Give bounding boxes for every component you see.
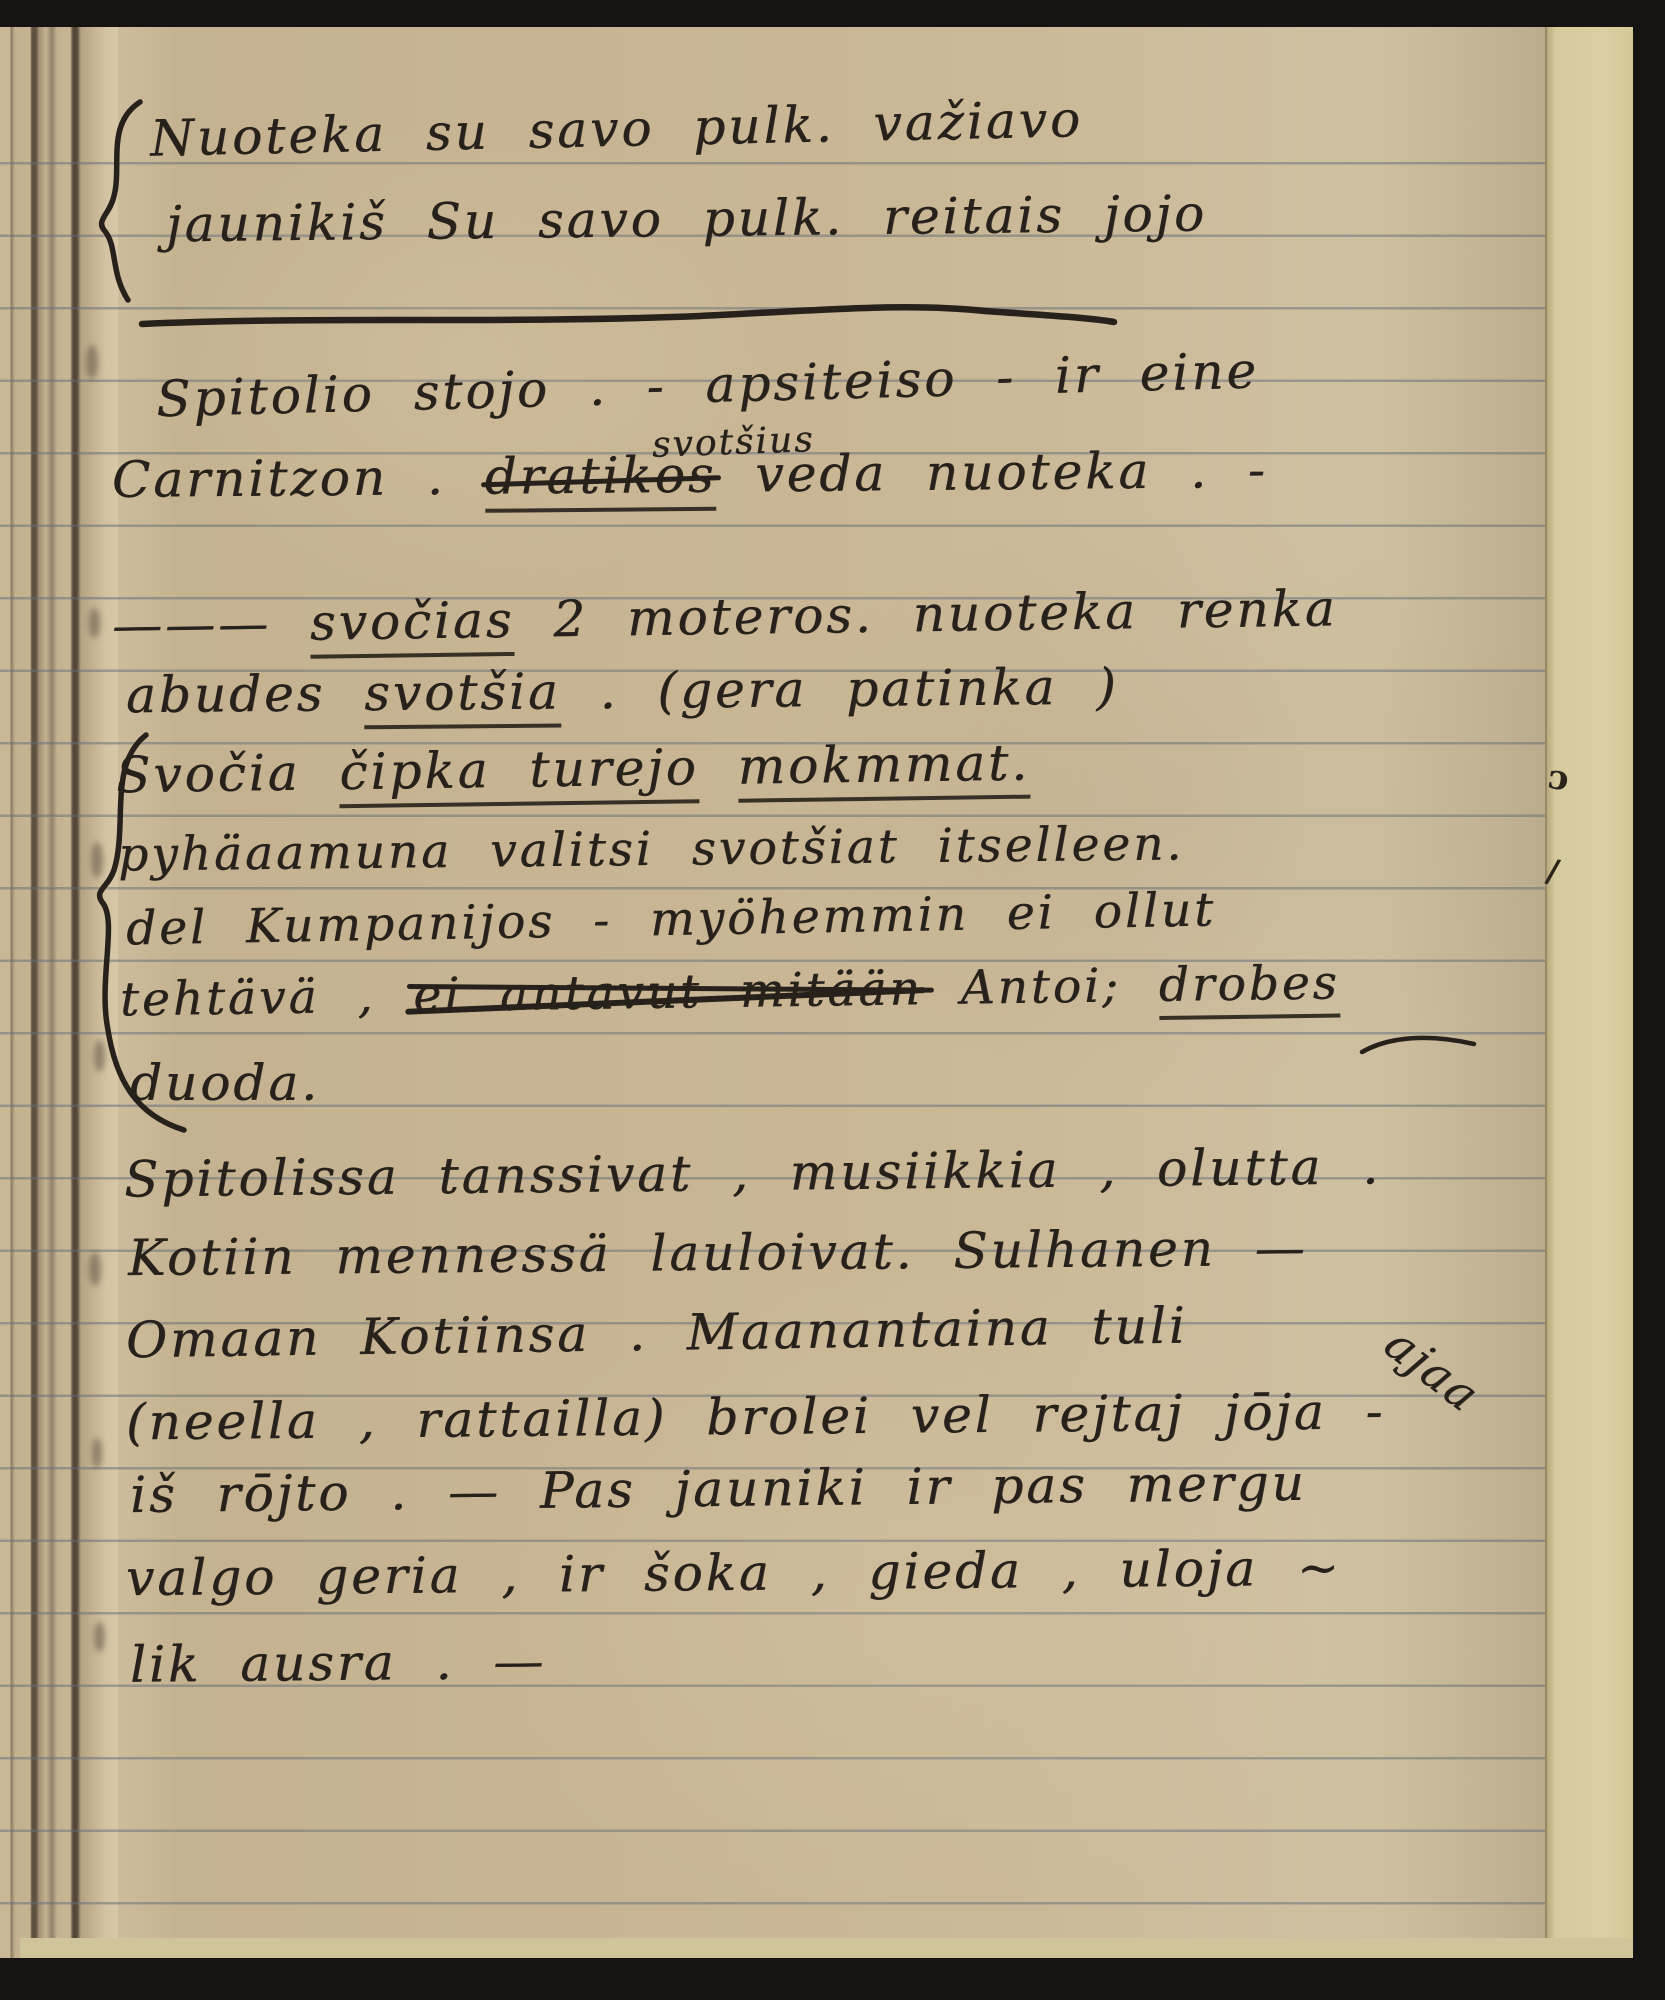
text-segment: (neella , rattailla) brolei vel rejtaj j…	[126, 1383, 1386, 1452]
underline-flourish	[1356, 1028, 1486, 1060]
text-segment	[698, 738, 738, 797]
handwritten-line: iš rōjto . — Pas jauniki ir pas mergu	[130, 1454, 1307, 1524]
text-segment: Antoi;	[922, 958, 1159, 1016]
handwritten-line: pyhäaamuna valitsi svotšiat itselleen.	[118, 816, 1185, 882]
page-bottom-edge	[20, 1938, 1640, 1958]
handwritten-line: valgo geria , ir šoka , gieda , uloja ~	[126, 1539, 1342, 1608]
text-segment: 2 moteros. nuoteka renka	[514, 579, 1338, 648]
marked-text-segment: svotšia	[364, 663, 561, 730]
ink-smudge	[89, 608, 100, 638]
scan-frame-bottom	[0, 1958, 1665, 2000]
scan-frame-top	[0, 0, 1665, 27]
ink-smudge	[86, 345, 98, 379]
text-segment: Carnitzon .	[112, 448, 485, 509]
marked-text-segment: drobes	[1158, 955, 1340, 1020]
handwritten-line: Svočia čipka turejo mokmmat.	[116, 734, 1031, 805]
marked-text-segment: svočias	[310, 591, 515, 659]
text-segment: ———	[112, 594, 311, 655]
ink-smudge	[89, 1252, 101, 1286]
handwritten-line: jaunikiš Su savo pulk. reitais jojo	[166, 185, 1208, 254]
handwritten-line: Kotiin mennessä lauloivat. Sulhanen —	[128, 1219, 1308, 1287]
left-brace-mark	[88, 96, 158, 310]
scan-frame-right	[1633, 0, 1665, 2000]
text-segment: lik ausra . —	[130, 1632, 547, 1694]
inserted-word: svotšius	[651, 419, 815, 469]
text-segment: jaunikiš Su savo pulk. reitais jojo	[166, 185, 1208, 254]
notebook-scan: Nuoteka su savo pulk. važiavojaunikiš Su…	[0, 0, 1665, 2000]
text-segment: Svočia	[116, 743, 340, 804]
handwritten-line: lik ausra . —	[130, 1632, 547, 1694]
text-segment: pyhäaamuna valitsi svotšiat itselleen.	[118, 816, 1185, 882]
ink-smudge	[92, 1438, 102, 1468]
text-segment: valgo geria , ir šoka , gieda , uloja ~	[126, 1539, 1342, 1608]
text-segment: iš rōjto . — Pas jauniki ir pas mergu	[130, 1454, 1307, 1524]
hand-drawn-divider	[140, 296, 1120, 336]
marked-text-segment: mokmmat.	[737, 734, 1030, 803]
text-segment: abudes	[126, 664, 365, 724]
marked-text-segment: čipka turejo	[339, 738, 699, 808]
next-page-edge	[1545, 0, 1635, 2000]
text-segment: duoda.	[130, 1054, 320, 1112]
text-segment: . (gera patinka )	[560, 658, 1118, 721]
ink-smudge	[94, 1622, 105, 1652]
text-segment: tehtävä ,	[120, 968, 414, 1027]
handwritten-line: abudes svotšia . (gera patinka )	[126, 658, 1119, 725]
handwritten-line: duoda.	[130, 1054, 320, 1112]
marked-text-segment: ei antavut mitään	[413, 961, 923, 1023]
text-segment: Kotiin mennessä lauloivat. Sulhanen —	[128, 1219, 1308, 1287]
handwritten-line: (neella , rattailla) brolei vel rejtaj j…	[126, 1383, 1386, 1452]
